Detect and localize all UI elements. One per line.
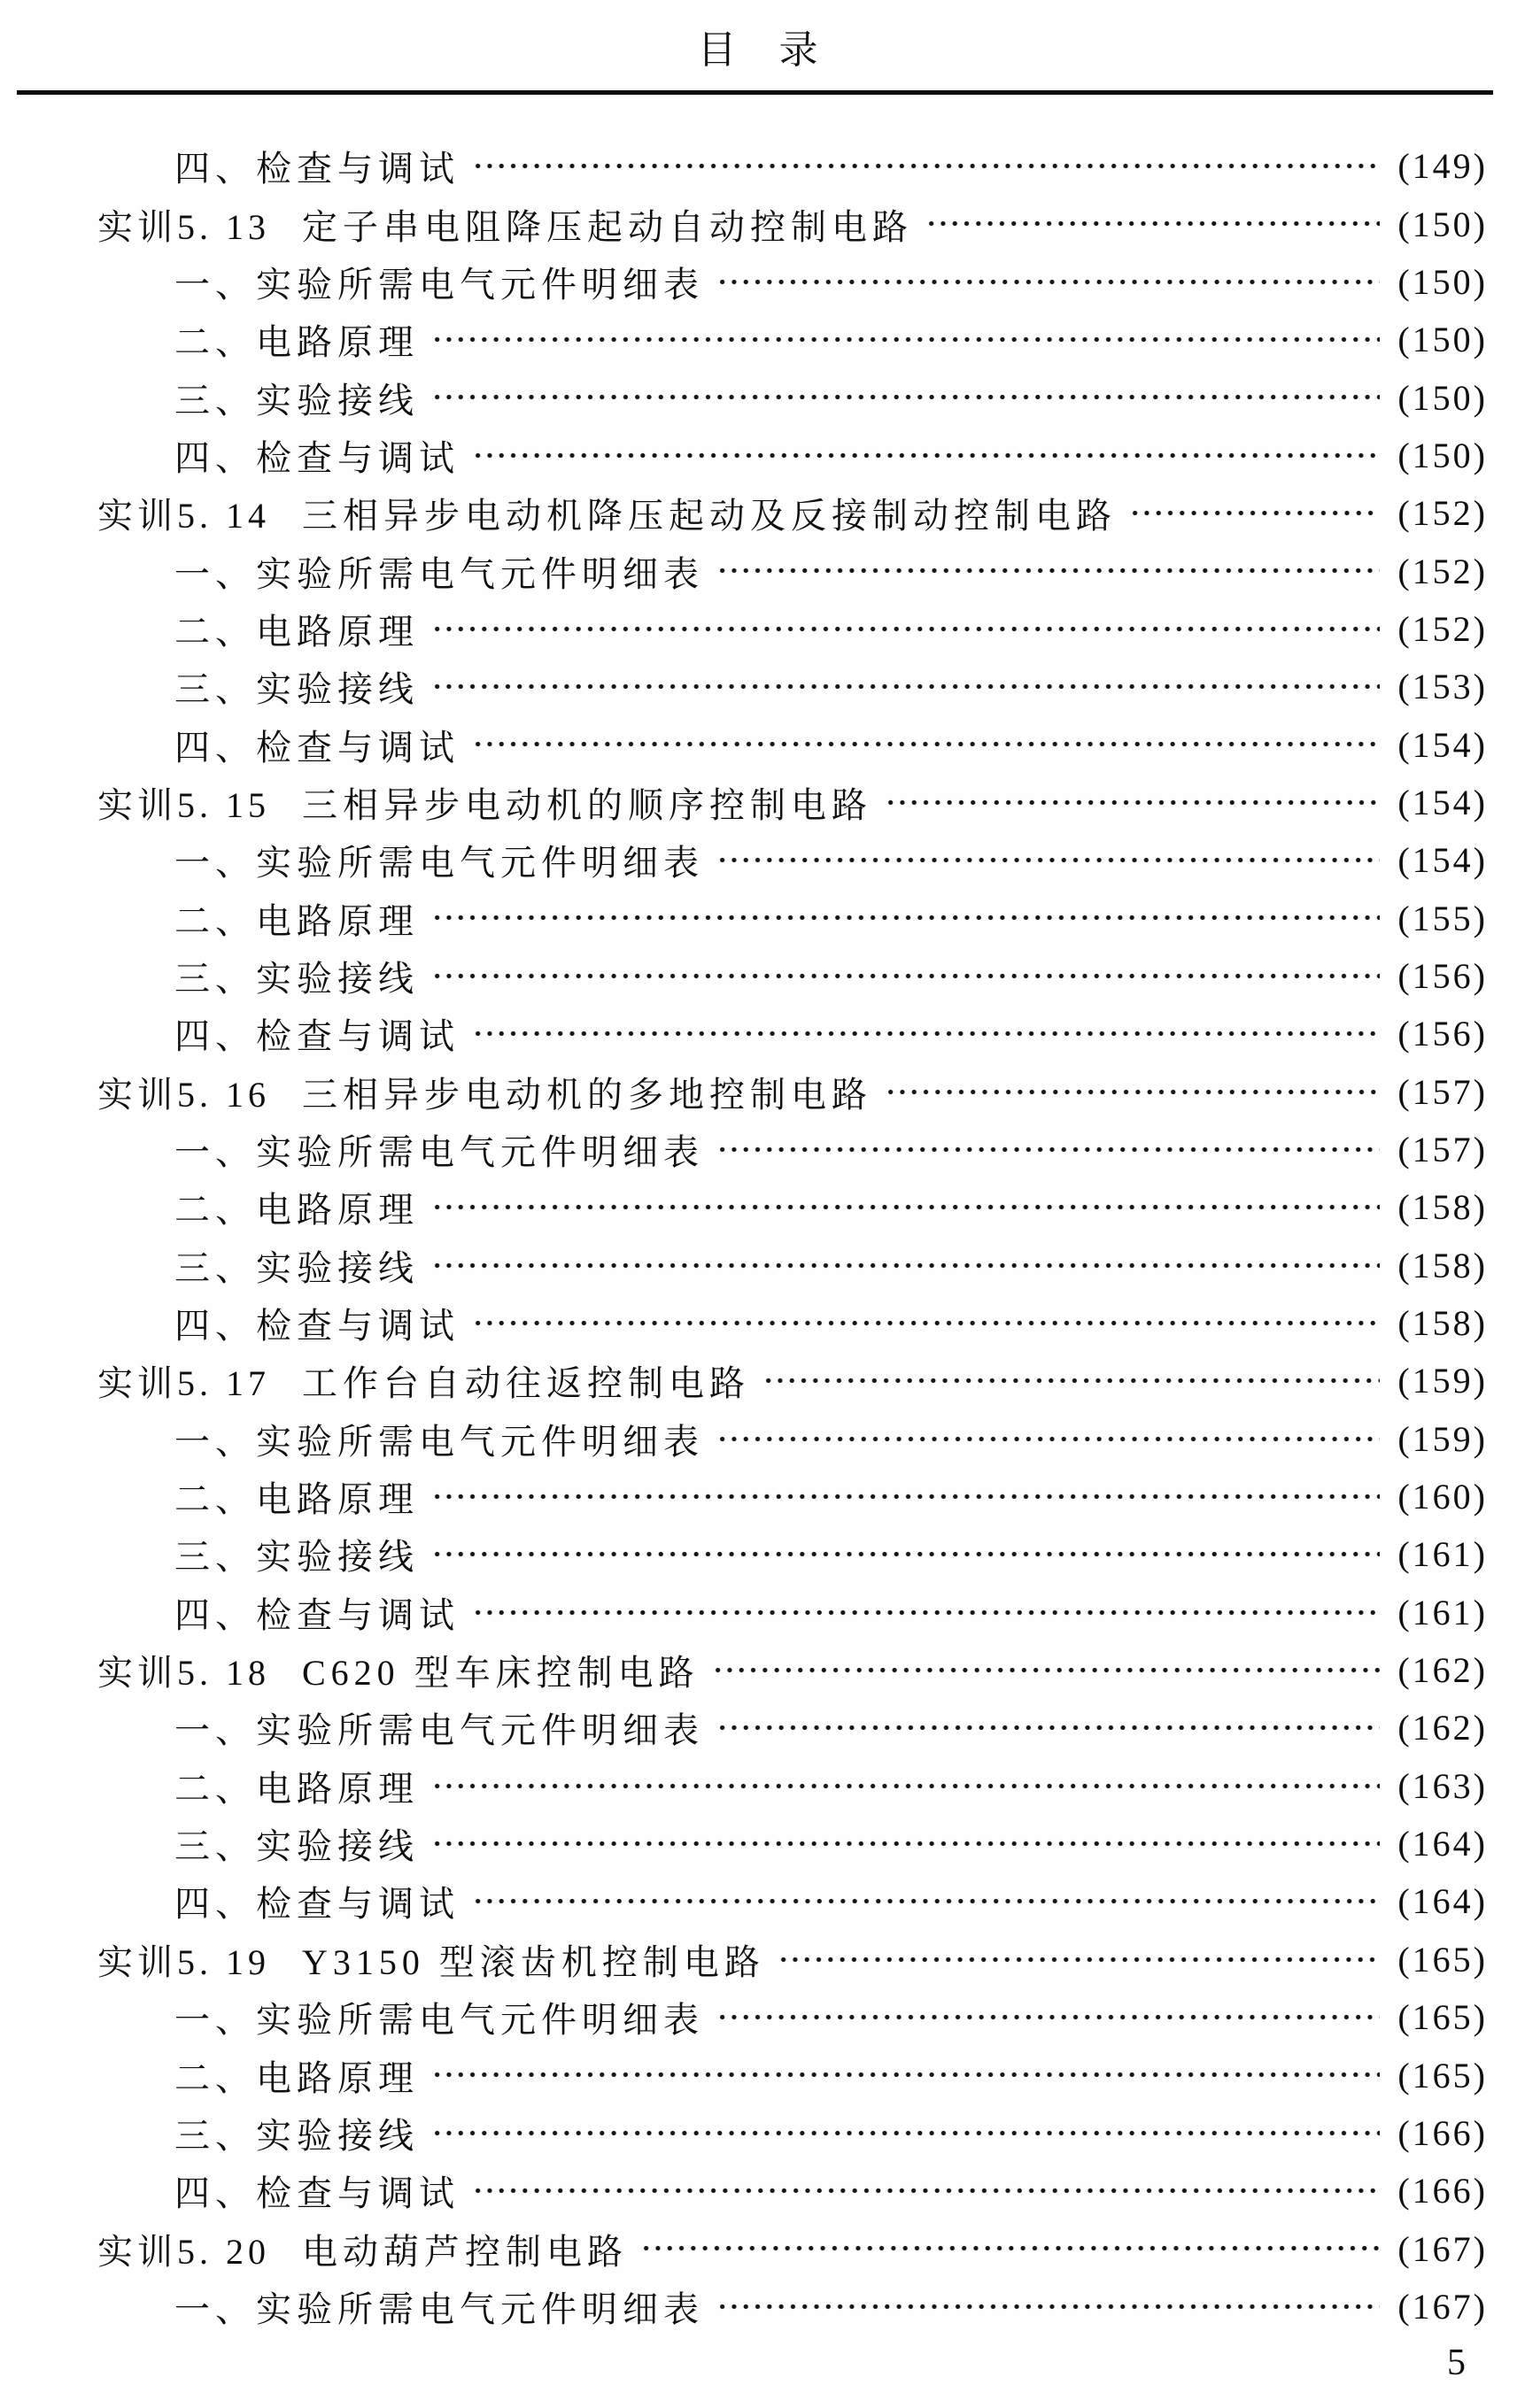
toc-entry-label: 工作台自动往返控制电路: [302, 1355, 750, 1406]
toc-entry-page: (158): [1396, 1302, 1488, 1344]
dotted-leader: [472, 137, 1380, 195]
toc-entry-label: 三、实验接线: [174, 1240, 419, 1291]
toc-entry-label: 四、检查与调试: [174, 1587, 460, 1638]
toc-entry: 一、实验所需电气元件明细表(167): [97, 2278, 1488, 2335]
toc-entry: 二、电路原理(158): [97, 1178, 1488, 1236]
toc-entry-label: 三、实验接线: [174, 373, 419, 423]
toc-entry-label: 一、实验所需电气元件明细表: [174, 257, 704, 307]
dotted-leader: [716, 1410, 1380, 1468]
page-number-folio: 5: [1447, 2342, 1466, 2384]
toc-entry-label: Y3150 型滚齿机控制电路: [302, 1934, 765, 1985]
toc-entry-label: 二、电路原理: [174, 1761, 419, 1811]
toc-entry: 二、电路原理(155): [97, 889, 1488, 946]
toc-entry: 三、实验接线(150): [97, 368, 1488, 426]
toc-entry-label: 三相异步电动机的顺序控制电路: [302, 777, 872, 828]
toc-entry-number: 实训5. 17: [97, 1355, 270, 1406]
toc-entry-page: (150): [1396, 435, 1488, 476]
toc-entry: 实训5. 16三相异步电动机的多地控制电路(157): [97, 1063, 1488, 1121]
toc-entry-label: 一、实验所需电气元件明细表: [174, 1992, 704, 2042]
toc-entry-label: 一、实验所需电气元件明细表: [174, 546, 704, 597]
toc-entry-label: 三相异步电动机的多地控制电路: [302, 1067, 872, 1117]
toc-entry-label: 二、电路原理: [174, 1182, 419, 1232]
toc-entry-page: (150): [1396, 261, 1488, 303]
dotted-leader: [431, 311, 1380, 368]
dotted-leader: [716, 2278, 1380, 2335]
toc-entry: 一、实验所需电气元件明细表(165): [97, 1988, 1488, 2046]
toc-entry-page: (157): [1396, 1071, 1488, 1113]
toc-entry-page: (149): [1396, 145, 1488, 187]
dotted-leader: [716, 253, 1380, 311]
toc-entry-label: 电动葫芦控制电路: [302, 2224, 628, 2274]
toc-entry: 四、检查与调试(154): [97, 715, 1488, 773]
toc-entry-label: 四、检查与调试: [174, 1876, 460, 1926]
toc-entry-page: (152): [1396, 608, 1488, 650]
toc-entry: 四、检查与调试(158): [97, 1294, 1488, 1352]
toc-list: 四、检查与调试(149)实训5. 13定子串电阻降压起动自动控制电路(150)一…: [97, 137, 1488, 2335]
dotted-leader: [885, 1063, 1380, 1121]
toc-entry: 实训5. 14三相异步电动机降压起动及反接制动控制电路(152): [97, 484, 1488, 542]
toc-entry: 一、实验所需电气元件明细表(159): [97, 1410, 1488, 1468]
dotted-leader: [472, 715, 1380, 773]
header-rule: [17, 90, 1493, 95]
toc-entry-label: 四、检查与调试: [174, 720, 460, 770]
toc-entry: 三、实验接线(166): [97, 2104, 1488, 2162]
page-title: 目 录: [0, 28, 1517, 73]
toc-entry-page: (167): [1396, 2286, 1488, 2327]
toc-entry-label: C620 型车床控制电路: [302, 1645, 700, 1695]
toc-entry: 三、实验接线(161): [97, 1525, 1488, 1583]
toc-entry-label: 三、实验接线: [174, 1818, 419, 1869]
dotted-leader: [472, 1872, 1380, 1930]
toc-entry-page: (162): [1396, 1707, 1488, 1748]
dotted-leader: [431, 1178, 1380, 1236]
toc-entry-page: (150): [1396, 204, 1488, 245]
toc-entry-page: (158): [1396, 1245, 1488, 1286]
toc-entry: 一、实验所需电气元件明细表(162): [97, 1699, 1488, 1756]
dotted-leader: [925, 195, 1380, 252]
toc-entry: 实训5. 13定子串电阻降压起动自动控制电路(150): [97, 195, 1488, 252]
dotted-leader: [640, 2219, 1380, 2277]
dotted-leader: [431, 1237, 1380, 1294]
dotted-leader: [762, 1352, 1380, 1409]
dotted-leader: [716, 542, 1380, 599]
toc-entry: 二、电路原理(163): [97, 1757, 1488, 1815]
toc-entry: 一、实验所需电气元件明细表(150): [97, 253, 1488, 311]
dotted-leader: [431, 368, 1380, 426]
toc-entry: 二、电路原理(165): [97, 2046, 1488, 2103]
toc-entry-label: 三、实验接线: [174, 2108, 419, 2158]
toc-entry: 四、检查与调试(161): [97, 1584, 1488, 1641]
dotted-leader: [431, 600, 1380, 658]
dotted-leader: [472, 1005, 1380, 1062]
toc-entry: 实训5. 19Y3150 型滚齿机控制电路(165): [97, 1931, 1488, 1988]
dotted-leader: [431, 1757, 1380, 1815]
toc-entry-label: 三、实验接线: [174, 951, 419, 1001]
toc-entry: 四、检查与调试(166): [97, 2162, 1488, 2219]
toc-entry: 二、电路原理(150): [97, 311, 1488, 368]
dotted-leader: [431, 2104, 1380, 2162]
toc-entry-label: 定子串电阻降压起动自动控制电路: [302, 199, 913, 250]
dotted-leader: [431, 658, 1380, 715]
dotted-leader: [431, 889, 1380, 946]
toc-entry-label: 四、检查与调试: [174, 141, 460, 191]
toc-entry-page: (156): [1396, 955, 1488, 997]
dotted-leader: [716, 1988, 1380, 2046]
toc-entry-label: 四、检查与调试: [174, 1298, 460, 1348]
dotted-leader: [778, 1931, 1380, 1988]
dotted-leader: [885, 774, 1380, 831]
toc-entry-page: (154): [1396, 782, 1488, 823]
dotted-leader: [1129, 484, 1380, 542]
toc-entry-number: 实训5. 19: [97, 1934, 270, 1985]
toc-entry-label: 三相异步电动机降压起动及反接制动控制电路: [302, 488, 1117, 538]
toc-entry-label: 二、电路原理: [174, 1471, 419, 1522]
toc-entry-page: (161): [1396, 1533, 1488, 1575]
toc-entry-page: (157): [1396, 1129, 1488, 1170]
toc-entry: 四、检查与调试(164): [97, 1872, 1488, 1930]
toc-entry-number: 实训5. 18: [97, 1645, 270, 1695]
dotted-leader: [716, 831, 1380, 889]
toc-entry-page: (156): [1396, 1013, 1488, 1054]
toc-entry-label: 一、实验所需电气元件明细表: [174, 835, 704, 885]
toc-entry-page: (165): [1396, 1996, 1488, 2038]
toc-entry-page: (154): [1396, 839, 1488, 881]
dotted-leader: [472, 1294, 1380, 1352]
toc-entry-page: (165): [1396, 1939, 1488, 1980]
dotted-leader: [472, 427, 1380, 484]
toc-entry-label: 四、检查与调试: [174, 430, 460, 481]
toc-entry: 四、检查与调试(149): [97, 137, 1488, 195]
toc-entry-label: 二、电路原理: [174, 893, 419, 944]
toc-entry: 实训5. 17工作台自动往返控制电路(159): [97, 1352, 1488, 1409]
toc-entry: 二、电路原理(152): [97, 600, 1488, 658]
toc-entry-page: (150): [1396, 377, 1488, 419]
toc-entry-page: (166): [1396, 2170, 1488, 2211]
toc-entry-page: (164): [1396, 1880, 1488, 1922]
toc-entry: 一、实验所需电气元件明细表(152): [97, 542, 1488, 599]
dotted-leader: [712, 1641, 1380, 1699]
toc-entry-label: 二、电路原理: [174, 314, 419, 365]
toc-entry-page: (167): [1396, 2228, 1488, 2270]
toc-entry: 一、实验所需电气元件明细表(157): [97, 1121, 1488, 1178]
toc-entry-page: (159): [1396, 1360, 1488, 1401]
toc-entry-page: (163): [1396, 1765, 1488, 1807]
toc-entry-page: (158): [1396, 1186, 1488, 1228]
toc-entry: 三、实验接线(164): [97, 1815, 1488, 1872]
toc-entry-page: (152): [1396, 492, 1488, 534]
toc-entry-label: 一、实验所需电气元件明细表: [174, 2281, 704, 2332]
toc-entry-label: 一、实验所需电气元件明细表: [174, 1414, 704, 1464]
toc-entry-page: (162): [1396, 1649, 1488, 1691]
toc-entry-label: 四、检查与调试: [174, 2165, 460, 2216]
toc-entry-number: 实训5. 14: [97, 488, 270, 538]
dotted-leader: [472, 1584, 1380, 1641]
toc-entry-label: 三、实验接线: [174, 1529, 419, 1579]
toc-entry: 三、实验接线(156): [97, 947, 1488, 1005]
toc-entry-page: (154): [1396, 724, 1488, 766]
dotted-leader: [472, 2162, 1380, 2219]
toc-entry: 三、实验接线(153): [97, 658, 1488, 715]
dotted-leader: [431, 1525, 1380, 1583]
toc-entry-page: (153): [1396, 666, 1488, 707]
toc-entry-page: (150): [1396, 319, 1488, 360]
toc-entry: 一、实验所需电气元件明细表(154): [97, 831, 1488, 889]
toc-entry-page: (164): [1396, 1823, 1488, 1864]
toc-entry: 实训5. 20电动葫芦控制电路(167): [97, 2219, 1488, 2277]
toc-entry-page: (161): [1396, 1592, 1488, 1633]
dotted-leader: [431, 947, 1380, 1005]
toc-entry-page: (160): [1396, 1476, 1488, 1517]
toc-entry-page: (166): [1396, 2112, 1488, 2154]
dotted-leader: [716, 1121, 1380, 1178]
toc-entry-label: 三、实验接线: [174, 661, 419, 712]
toc-entry: 三、实验接线(158): [97, 1237, 1488, 1294]
toc-entry-label: 二、电路原理: [174, 2050, 419, 2101]
toc-entry: 二、电路原理(160): [97, 1468, 1488, 1525]
toc-entry-label: 二、电路原理: [174, 604, 419, 654]
dotted-leader: [431, 2046, 1380, 2103]
toc-entry-page: (165): [1396, 2055, 1488, 2096]
toc-entry-page: (155): [1396, 898, 1488, 939]
toc-page: 目 录 四、检查与调试(149)实训5. 13定子串电阻降压起动自动控制电路(1…: [0, 0, 1517, 2408]
toc-entry: 实训5. 18C620 型车床控制电路(162): [97, 1641, 1488, 1699]
toc-entry: 四、检查与调试(150): [97, 427, 1488, 484]
toc-entry-number: 实训5. 16: [97, 1067, 270, 1117]
toc-entry-label: 一、实验所需电气元件明细表: [174, 1702, 704, 1753]
toc-entry-label: 四、检查与调试: [174, 1008, 460, 1059]
toc-entry-page: (159): [1396, 1418, 1488, 1460]
toc-entry-number: 实训5. 13: [97, 199, 270, 250]
toc-entry-number: 实训5. 20: [97, 2224, 270, 2274]
toc-entry-page: (152): [1396, 551, 1488, 592]
toc-entry: 四、检查与调试(156): [97, 1005, 1488, 1062]
toc-entry-label: 一、实验所需电气元件明细表: [174, 1124, 704, 1175]
dotted-leader: [431, 1468, 1380, 1525]
dotted-leader: [431, 1815, 1380, 1872]
dotted-leader: [716, 1699, 1380, 1756]
toc-entry-number: 实训5. 15: [97, 777, 270, 828]
toc-entry: 实训5. 15三相异步电动机的顺序控制电路(154): [97, 774, 1488, 831]
